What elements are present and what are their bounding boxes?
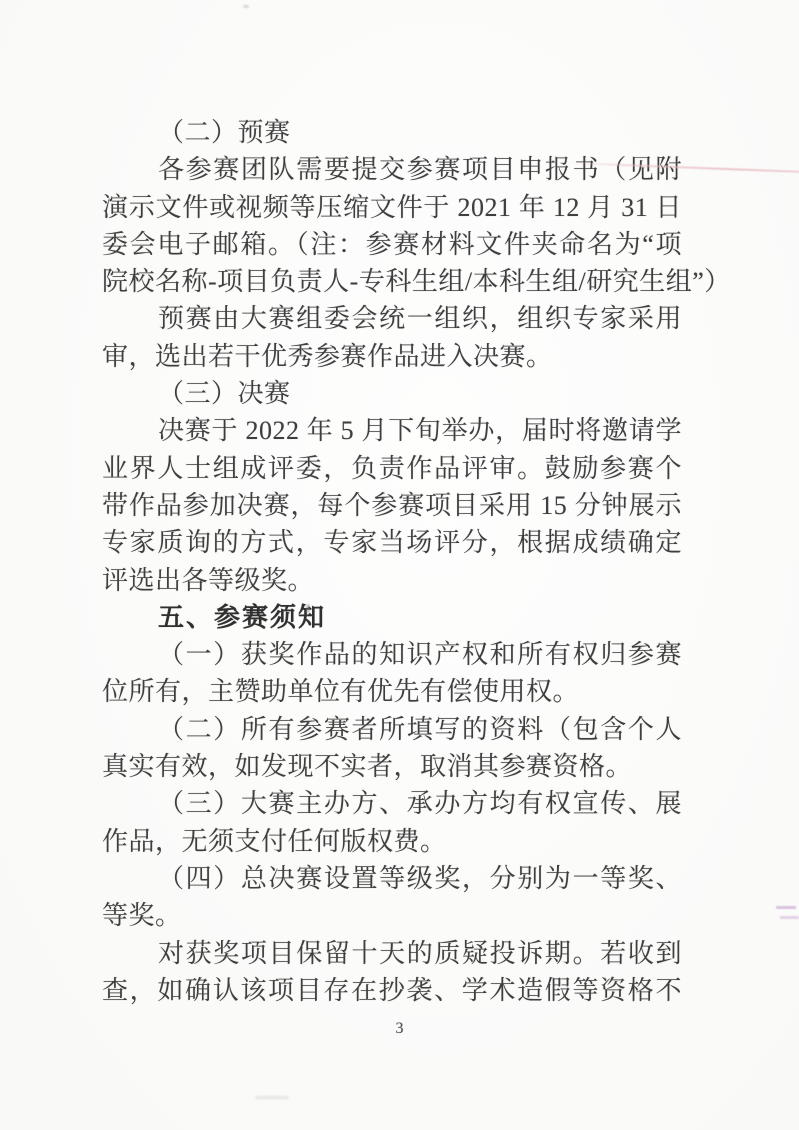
- doc-line: 审，选出若干优秀参赛作品进入决赛。: [102, 338, 682, 375]
- doc-line: 作品，无须支付任何版权费。: [102, 823, 682, 860]
- doc-line: （四）总决赛设置等级奖，分别为一等奖、二等奖和三: [102, 860, 682, 897]
- doc-line: （二）所有参赛者所填写的资料（包含个人信息）必须: [102, 711, 682, 748]
- scan-artifact-smudge: [255, 1096, 289, 1099]
- doc-line: 查，如确认该项目存在抄袭、学术造假等资格不符的情况，: [102, 972, 682, 1009]
- scan-artifact-purple-mark: [776, 906, 796, 909]
- document-text-block: （二）预赛 各参赛团队需要提交参赛项目申报书（见附件 1）、PPT 演示文件或视…: [102, 114, 682, 1009]
- doc-line: 真实有效，如发现不实者，取消其参赛资格。: [102, 748, 682, 785]
- doc-line: 专家质询的方式，专家当场评分，根据成绩确定最终排名，: [102, 524, 682, 561]
- doc-line: 各参赛团队需要提交参赛项目申报书（见附件 1）、PPT: [102, 151, 682, 188]
- doc-line: 评选出各等级奖。: [102, 562, 682, 599]
- doc-line: 等奖。: [102, 897, 682, 934]
- doc-line: 位所有，主赞助单位有优先有偿使用权。: [102, 673, 682, 710]
- doc-line: 委会电子邮箱。（注：参赛材料文件夹命名为“项目名称-: [102, 226, 682, 263]
- doc-line: 决赛于 2022 年 5 月下旬举办，届时将邀请学术界和企: [102, 412, 682, 449]
- doc-line: 院校名称-项目负责人-专科生组/本科生组/研究生组”）: [102, 263, 682, 300]
- doc-line-subheading-preliminary: （二）预赛: [102, 114, 682, 151]
- doc-line: 演示文件或视频等压缩文件于 2021 年 12 月 31 日前发到组: [102, 189, 682, 226]
- scan-artifact-speck: [243, 5, 249, 8]
- doc-line: （一）获奖作品的知识产权和所有权归参赛者及参赛单: [102, 636, 682, 673]
- doc-line: （三）大赛主办方、承办方均有权宣传、展示所有参赛: [102, 785, 682, 822]
- doc-line: 预赛由大赛组委会统一组织，组织专家采用线上方式评: [102, 300, 682, 337]
- doc-line-subheading-final: （三）决赛: [102, 375, 682, 412]
- doc-section-heading-notice: 五、参赛须知: [102, 599, 682, 636]
- doc-line: 带作品参加决赛，每个参赛项目采用 15 分钟展示和 5 分钟: [102, 487, 682, 524]
- doc-line: 业界人士组成评委，负责作品评审。鼓励参赛个人或团队携: [102, 450, 682, 487]
- scan-artifact-purple-mark: [780, 916, 799, 919]
- doc-line: 对获奖项目保留十天的质疑投诉期。若收到投诉，经调: [102, 935, 682, 972]
- document-page: （二）预赛 各参赛团队需要提交参赛项目申报书（见附件 1）、PPT 演示文件或视…: [0, 0, 799, 1130]
- page-number: 3: [0, 1020, 799, 1038]
